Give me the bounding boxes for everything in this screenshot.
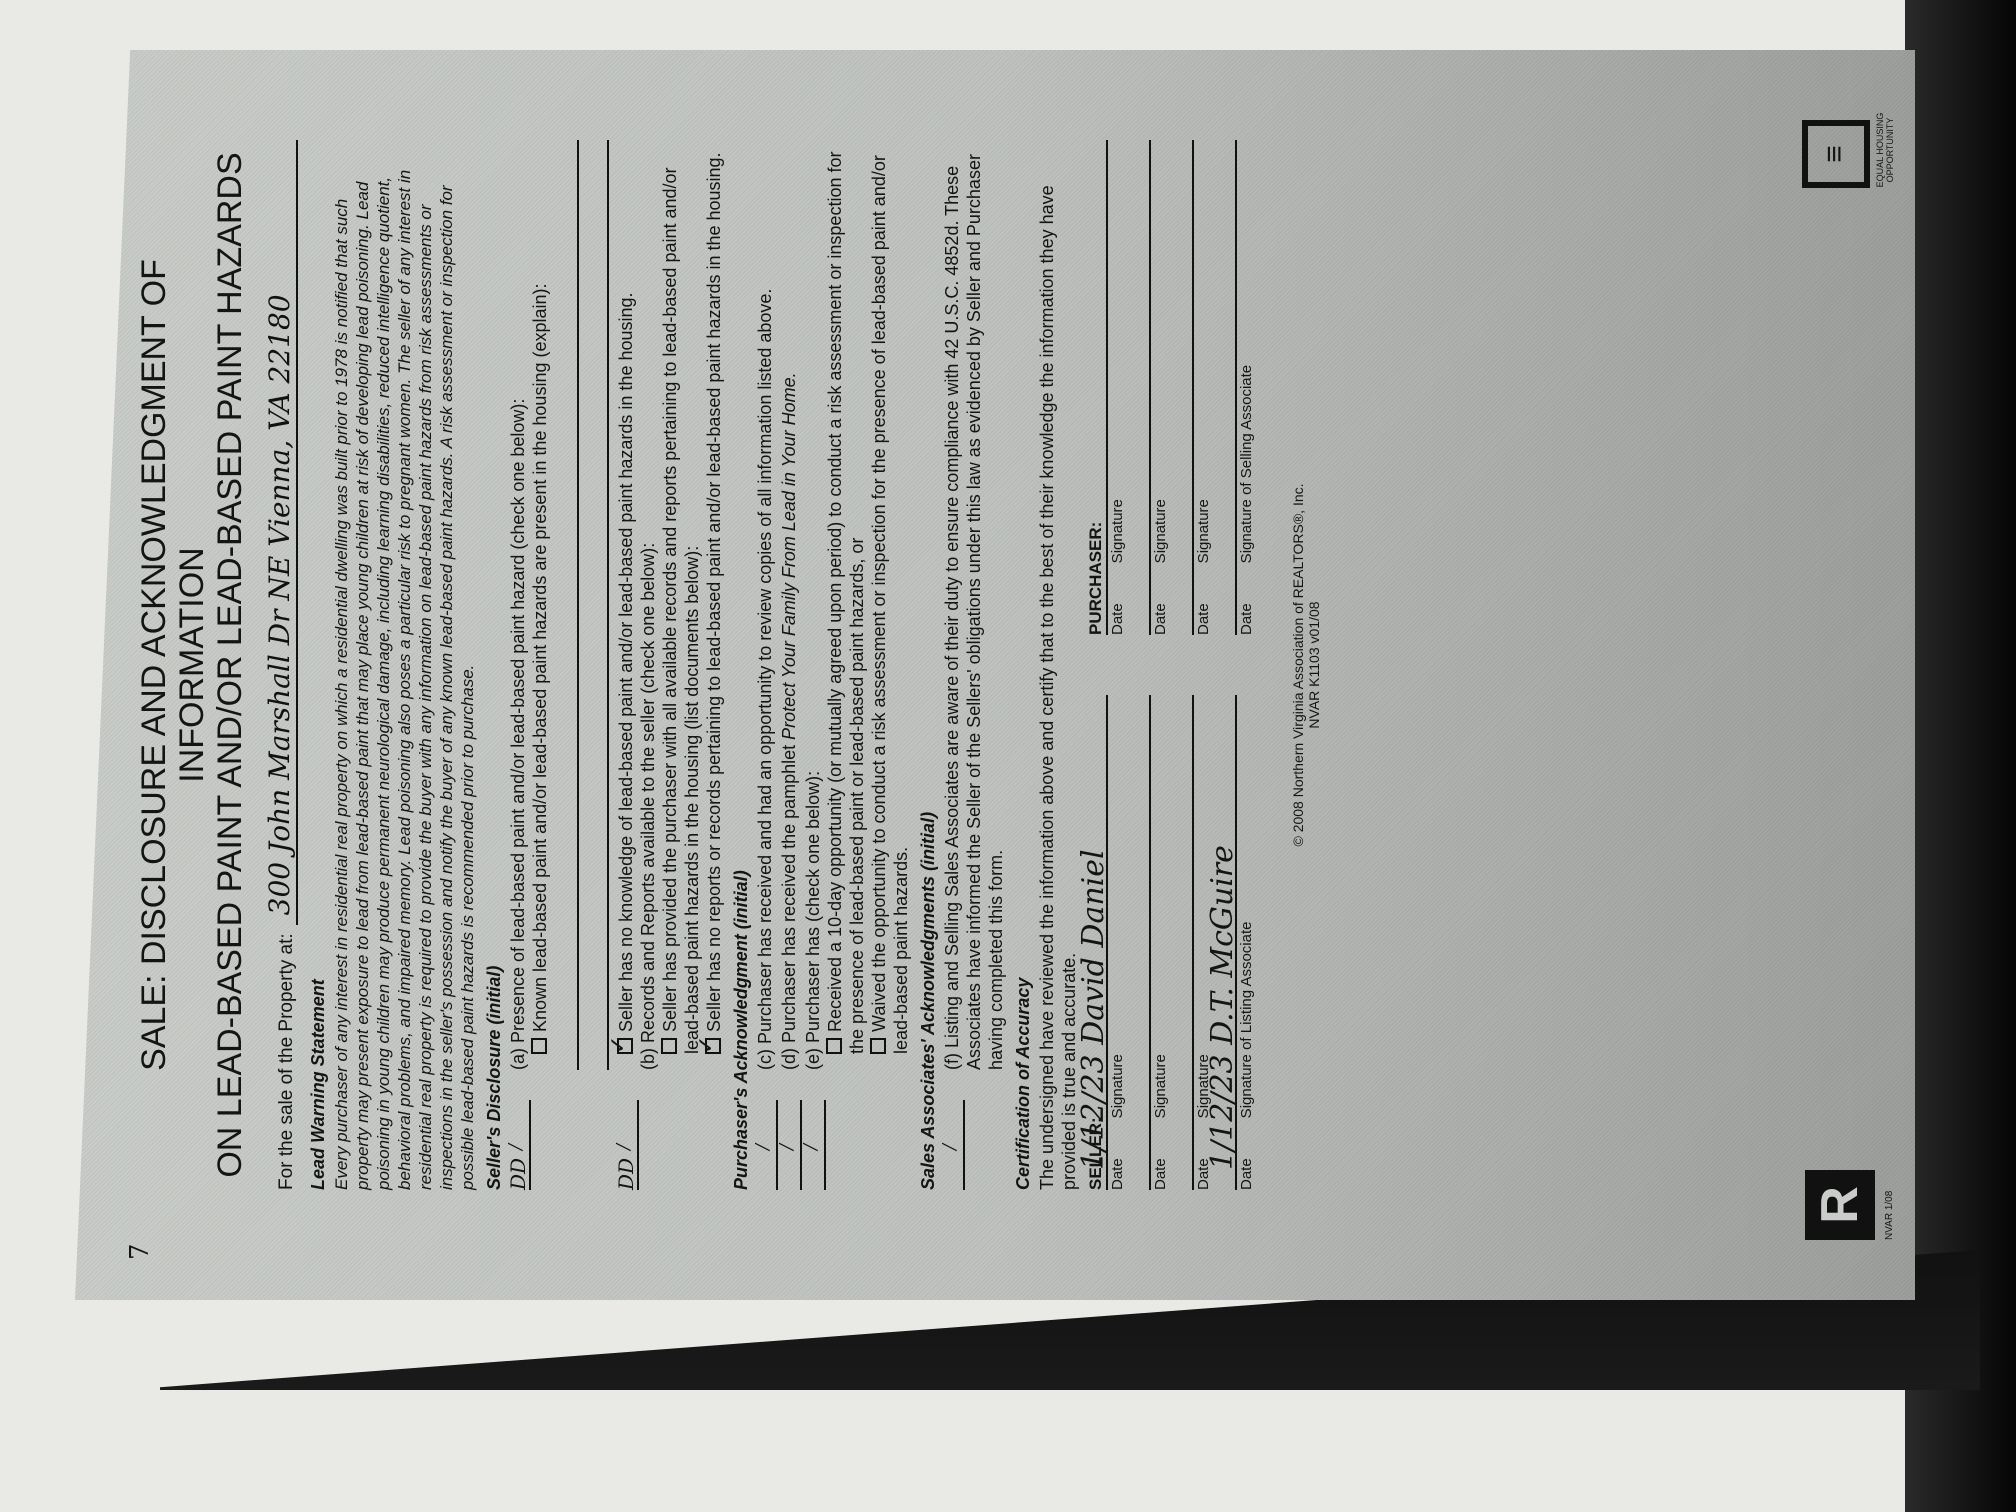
property-address: 300 John Marshall Dr NE Vienna, VA 22180 [263,140,298,925]
margin-mark: 7 [125,1243,155,1260]
purchaser-signature-line: DateSignature [1192,140,1235,635]
signature-grid: SELLER: 1/12/23 David DanielDateSignatur… [1086,140,1278,1190]
listing-associate-line: 1/12/23 D.T. McGuireDateSignature of Lis… [1235,695,1278,1190]
realtor-logo-icon: R [1805,1170,1875,1240]
disclosure-form: 7 SALE: DISCLOSURE AND ACKNOWLEDGMENT OF… [75,50,1915,1300]
seller-initials-a: DD/ [507,1100,531,1190]
scanned-document: 7 SALE: DISCLOSURE AND ACKNOWLEDGMENT OF… [75,50,1915,1300]
seller-signature-line: 1/12/23 David DanielDateSignature [1106,695,1149,1190]
purchaser-initials-d: / [778,1100,802,1190]
checkbox [870,1038,886,1054]
explain-line-1 [555,140,579,1070]
realtor-logo-caption: NVAR 1/08 [1884,1191,1895,1240]
title-line-1: SALE: DISCLOSURE AND ACKNOWLEDGMENT OF I… [135,140,211,1190]
sales-ack-f: /(f) Listing and Selling Sales Associate… [941,140,1007,1190]
lead-warning-text: Every purchaser of any interest in resid… [331,140,478,1190]
seller-disclosure-b: DD/ Seller has no knowledge of lead-base… [615,140,725,1190]
certification-text: The undersigned have reviewed the inform… [1036,140,1080,1190]
property-label: For the sale of the Property at: [276,933,298,1190]
certification-heading: Certification of Accuracy [1013,140,1034,1190]
option-provided-records: Seller has provided the purchaser with a… [659,140,703,1070]
seller-disclosure-heading: Seller's Disclosure (initial) [484,140,505,1190]
checkbox-checked [617,1038,633,1054]
form-footer: © 2008 Northern Virginia Association of … [1290,140,1322,1190]
disclosure-b-label: (b) Records and Reports available to the… [637,140,659,1070]
seller-signatures: SELLER: 1/12/23 David DanielDateSignatur… [1086,695,1278,1190]
sales-ack-heading: Sales Associates' Acknowledgments (initi… [918,140,939,1190]
purchaser-initials-c: / [754,1100,778,1190]
option-known-lead: Known lead-based paint and/or lead-based… [529,284,551,1071]
checkbox [661,1038,677,1054]
lead-warning-heading: Lead Warning Statement [308,140,329,1190]
purchaser-ack-d: /(d) Purchaser has received the pamphlet… [778,140,802,1190]
explain-line-2 [585,140,609,1070]
purchaser-signature-line: DateSignature [1106,140,1149,635]
title-line-2: ON LEAD-BASED PAINT AND/OR LEAD-BASED PA… [211,140,249,1190]
associate-initials-f: / [941,1100,965,1190]
option-no-records: Seller has no reports or records pertain… [703,140,725,1070]
checkbox [826,1038,842,1054]
form-title: SALE: DISCLOSURE AND ACKNOWLEDGMENT OF I… [135,140,249,1190]
purchaser-ack-e: / (e) Purchaser has (check one below): R… [802,140,912,1190]
purchaser-ack-c: /(c) Purchaser has received and had an o… [754,140,778,1190]
seller-signature-line: DateSignature [1149,695,1192,1190]
checkbox-checked [705,1038,721,1054]
equal-housing-icon: ≡ [1802,120,1870,188]
purchaser-signatures: PURCHASER: DateSignature DateSignature D… [1086,140,1278,635]
property-field: For the sale of the Property at: 300 Joh… [263,140,298,1190]
disclosure-a-label: (a) Presence of lead-based paint and/or … [507,284,529,1071]
equal-housing-caption: EQUAL HOUSING OPPORTUNITY [1875,110,1895,190]
seller-disclosure-a: DD/ (a) Presence of lead-based paint and… [507,140,551,1190]
option-received-opportunity: Received a 10-day opportunity (or mutual… [824,140,868,1070]
purchaser-ack-heading: Purchaser's Acknowledgment (initial) [731,140,752,1190]
checkbox [531,1038,547,1054]
option-no-knowledge: Seller has no knowledge of lead-based pa… [615,140,637,1070]
selling-associate-line: DateSignature of Selling Associate [1235,140,1278,635]
seller-initials-b: DD/ [615,1100,639,1190]
option-waived-opportunity: Waived the opportunity to conduct a risk… [868,140,912,1070]
purchaser-signature-line: DateSignature [1149,140,1192,635]
purchaser-initials-e: / [802,1100,826,1190]
